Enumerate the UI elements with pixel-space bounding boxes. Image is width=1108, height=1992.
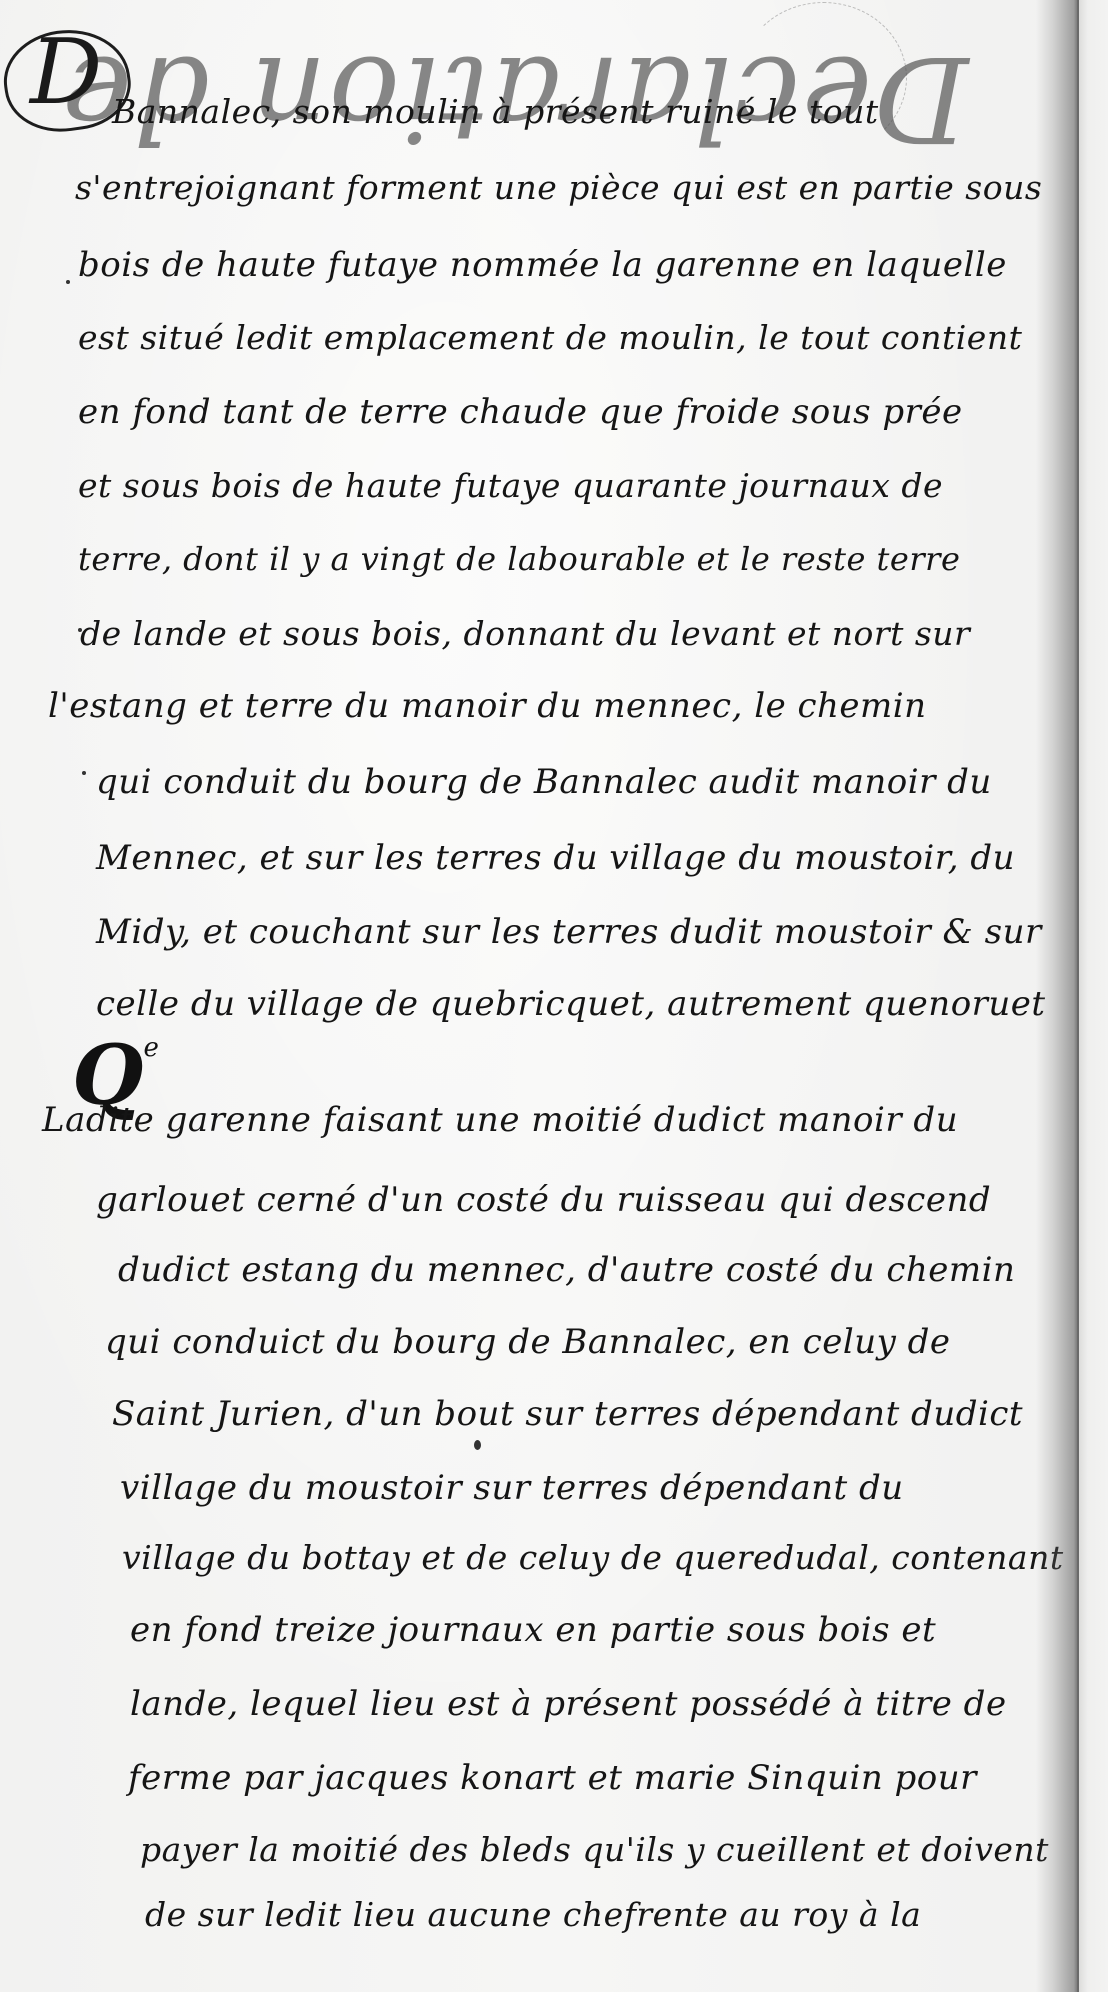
manuscript-line: qui conduict du bourg de Bannalec, en ce… bbox=[105, 1322, 951, 1362]
manuscript-line: en fond tant de terre chaude que froide … bbox=[78, 392, 963, 432]
margin-ink-dot bbox=[474, 1440, 481, 1450]
margin-ink-dot bbox=[78, 628, 82, 632]
manuscript-line: village du bottay et de celuy de queredu… bbox=[122, 1538, 1064, 1577]
adjacent-page-edge bbox=[1079, 0, 1108, 1992]
ornamental-initial-letter: D bbox=[30, 28, 102, 118]
manuscript-line: de lande et sous bois, donnant du levant… bbox=[80, 614, 970, 653]
manuscript-line: ferme par jacques konart et marie Sinqui… bbox=[128, 1758, 977, 1798]
manuscript-line: payer la moitié des bleds qu'ils y cueil… bbox=[140, 1830, 1049, 1869]
manuscript-line: lande, lequel lieu est à présent possédé… bbox=[130, 1684, 1007, 1724]
faint-stamp-outline bbox=[740, 2, 907, 154]
manuscript-line: celle du village de quebricquet, autreme… bbox=[96, 984, 1046, 1024]
manuscript-line: Bannalec, son moulin à présent ruiné le … bbox=[112, 92, 879, 131]
manuscript-line: qui conduit du bourg de Bannalec audit m… bbox=[96, 762, 992, 802]
manuscript-line: Saint Jurien, d'un bout sur terres dépen… bbox=[112, 1394, 1023, 1434]
manuscript-line: Ladite garenne faisant une moitié dudict… bbox=[42, 1100, 958, 1140]
manuscript-page: Declaration de D Bannalec, son moulin à … bbox=[0, 0, 1108, 1992]
margin-ink-dot bbox=[82, 771, 86, 775]
manuscript-line: bois de haute futaye nommée la garenne e… bbox=[78, 245, 1007, 285]
manuscript-line: garlouet cerné d'un costé du ruisseau qu… bbox=[96, 1180, 991, 1220]
manuscript-line: village du moustoir sur terres dépendant… bbox=[120, 1468, 904, 1508]
manuscript-line: et sous bois de haute futaye quarante jo… bbox=[78, 466, 943, 505]
manuscript-line: en fond treize journaux en partie sous b… bbox=[130, 1610, 936, 1650]
manuscript-line: terre, dont il y a vingt de labourable e… bbox=[78, 540, 960, 578]
manuscript-line: Mennec, et sur les terres du village du … bbox=[96, 838, 1015, 878]
manuscript-line: l'estang et terre du manoir du mennec, l… bbox=[48, 686, 927, 726]
margin-ink-dot bbox=[66, 280, 70, 284]
manuscript-line: s'entrejoignant forment une pièce qui es… bbox=[75, 168, 1042, 207]
manuscript-line: est situé ledit emplacement de moulin, l… bbox=[78, 318, 1022, 357]
page-fold-shadow bbox=[1036, 0, 1078, 1992]
manuscript-line: dudict estang du mennec, d'autre costé d… bbox=[118, 1250, 1015, 1290]
manuscript-line: de sur ledit lieu aucune chefrente au ro… bbox=[145, 1895, 921, 1934]
manuscript-line: Midy, et couchant sur les terres dudit m… bbox=[96, 912, 1042, 952]
